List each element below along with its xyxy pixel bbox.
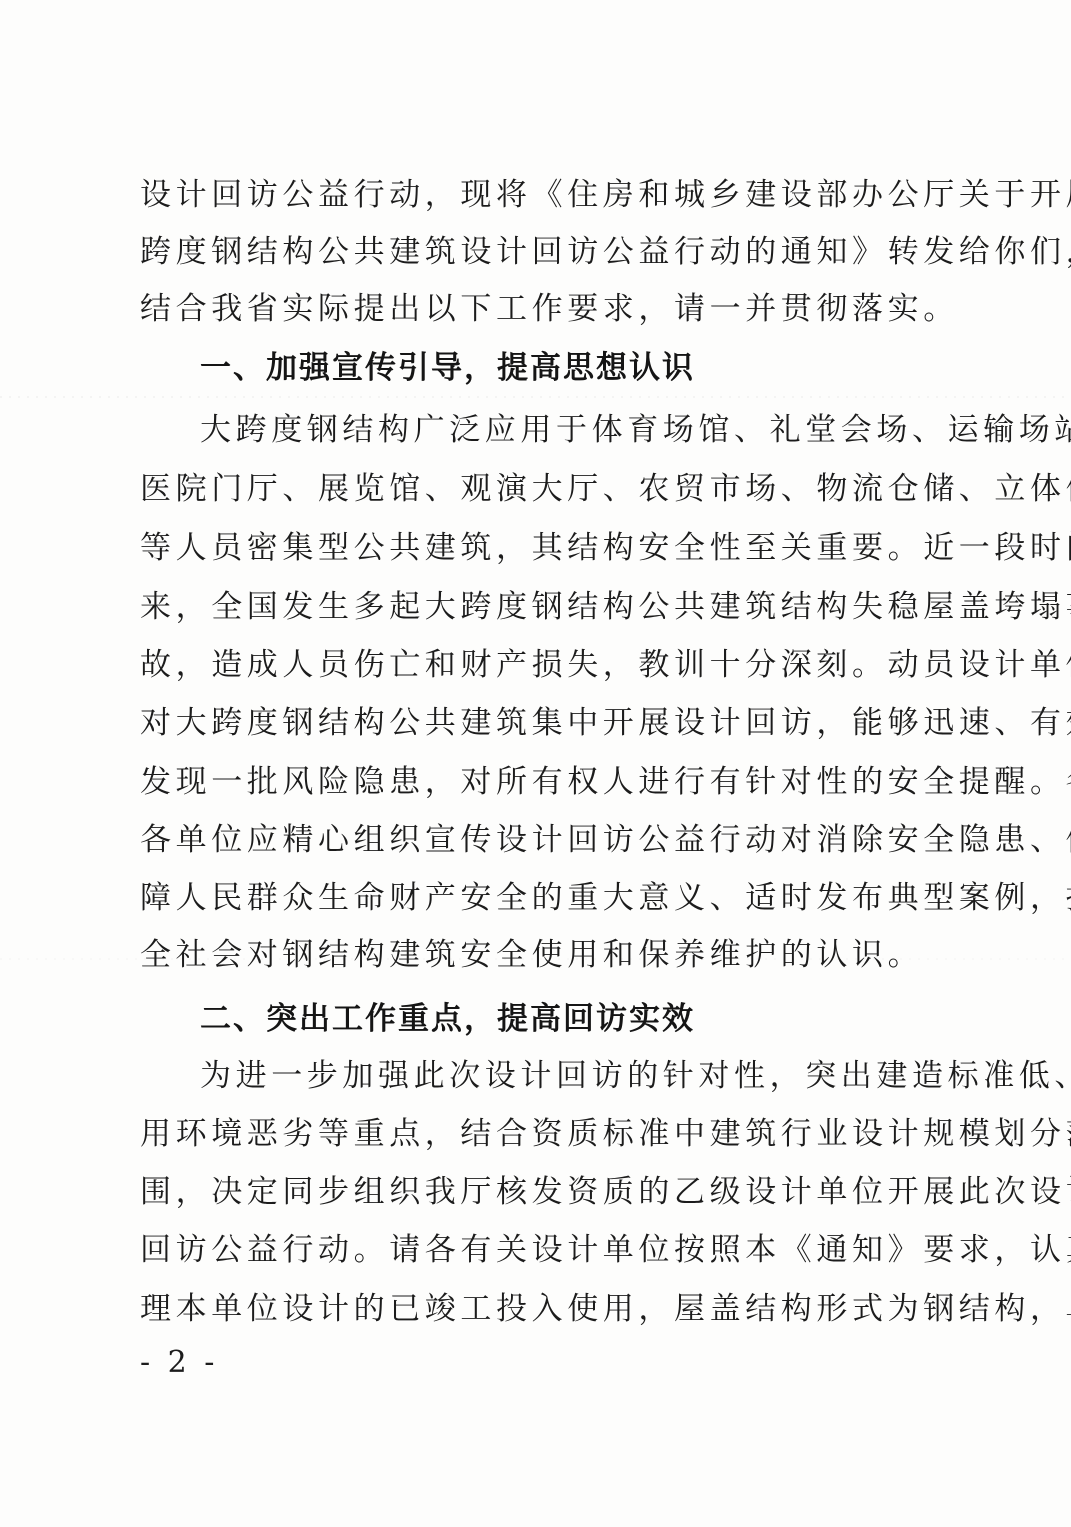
- body-line: 为进一步加强此次设计回访的针对性，突出建造标准低、使: [200, 1056, 960, 1096]
- body-line: 各单位应精心组织宣传设计回访公益行动对消除安全隐患、保: [140, 820, 960, 860]
- body-line: 理本单位设计的已竣工投入使用，屋盖结构形式为钢结构，单跨: [140, 1289, 960, 1329]
- show-through-artifact: [0, 396, 1071, 398]
- body-line: 围，决定同步组织我厅核发资质的乙级设计单位开展此次设计: [140, 1172, 960, 1212]
- body-line: 设计回访公益行动，现将《住房和城乡建设部办公厅关于开展大: [140, 175, 960, 215]
- body-line: 障人民群众生命财产安全的重大意义、适时发布典型案例，提高: [140, 878, 960, 918]
- body-line: 对大跨度钢结构公共建筑集中开展设计回访，能够迅速、有效地: [140, 703, 960, 743]
- body-line: 医院门厅、展览馆、观演大厅、农贸市场、物流仓储、立体停车: [140, 469, 960, 509]
- body-line: 来，全国发生多起大跨度钢结构公共建筑结构失稳屋盖垮塌事: [140, 587, 960, 627]
- section-heading-2: 二、突出工作重点，提高回访实效: [200, 997, 695, 1041]
- body-line: 等人员密集型公共建筑，其结构安全性至关重要。近一段时间以: [140, 528, 960, 568]
- page-number: - 2 -: [140, 1343, 218, 1383]
- body-line: 大跨度钢结构广泛应用于体育场馆、礼堂会场、运输场站、: [200, 410, 960, 450]
- body-line: 结合我省实际提出以下工作要求，请一并贯彻落实。: [140, 289, 960, 329]
- body-line: 用环境恶劣等重点，结合资质标准中建筑行业设计规模划分范: [140, 1114, 960, 1154]
- body-line: 全社会对钢结构建筑安全使用和保养维护的认识。: [140, 935, 960, 975]
- body-line: 回访公益行动。请各有关设计单位按照本《通知》要求，认真梳: [140, 1230, 960, 1270]
- body-line: 故，造成人员伤亡和财产损失，教训十分深刻。动员设计单位针: [140, 645, 960, 685]
- body-line: 发现一批风险隐患，对所有权人进行有针对性的安全提醒。各地、: [140, 762, 970, 802]
- body-line: 跨度钢结构公共建筑设计回访公益行动的通知》转发给你们，并: [140, 232, 960, 272]
- document-page: 设计回访公益行动，现将《住房和城乡建设部办公厅关于开展大 跨度钢结构公共建筑设计…: [0, 0, 1071, 1527]
- section-heading-1: 一、加强宣传引导，提高思想认识: [200, 346, 695, 390]
